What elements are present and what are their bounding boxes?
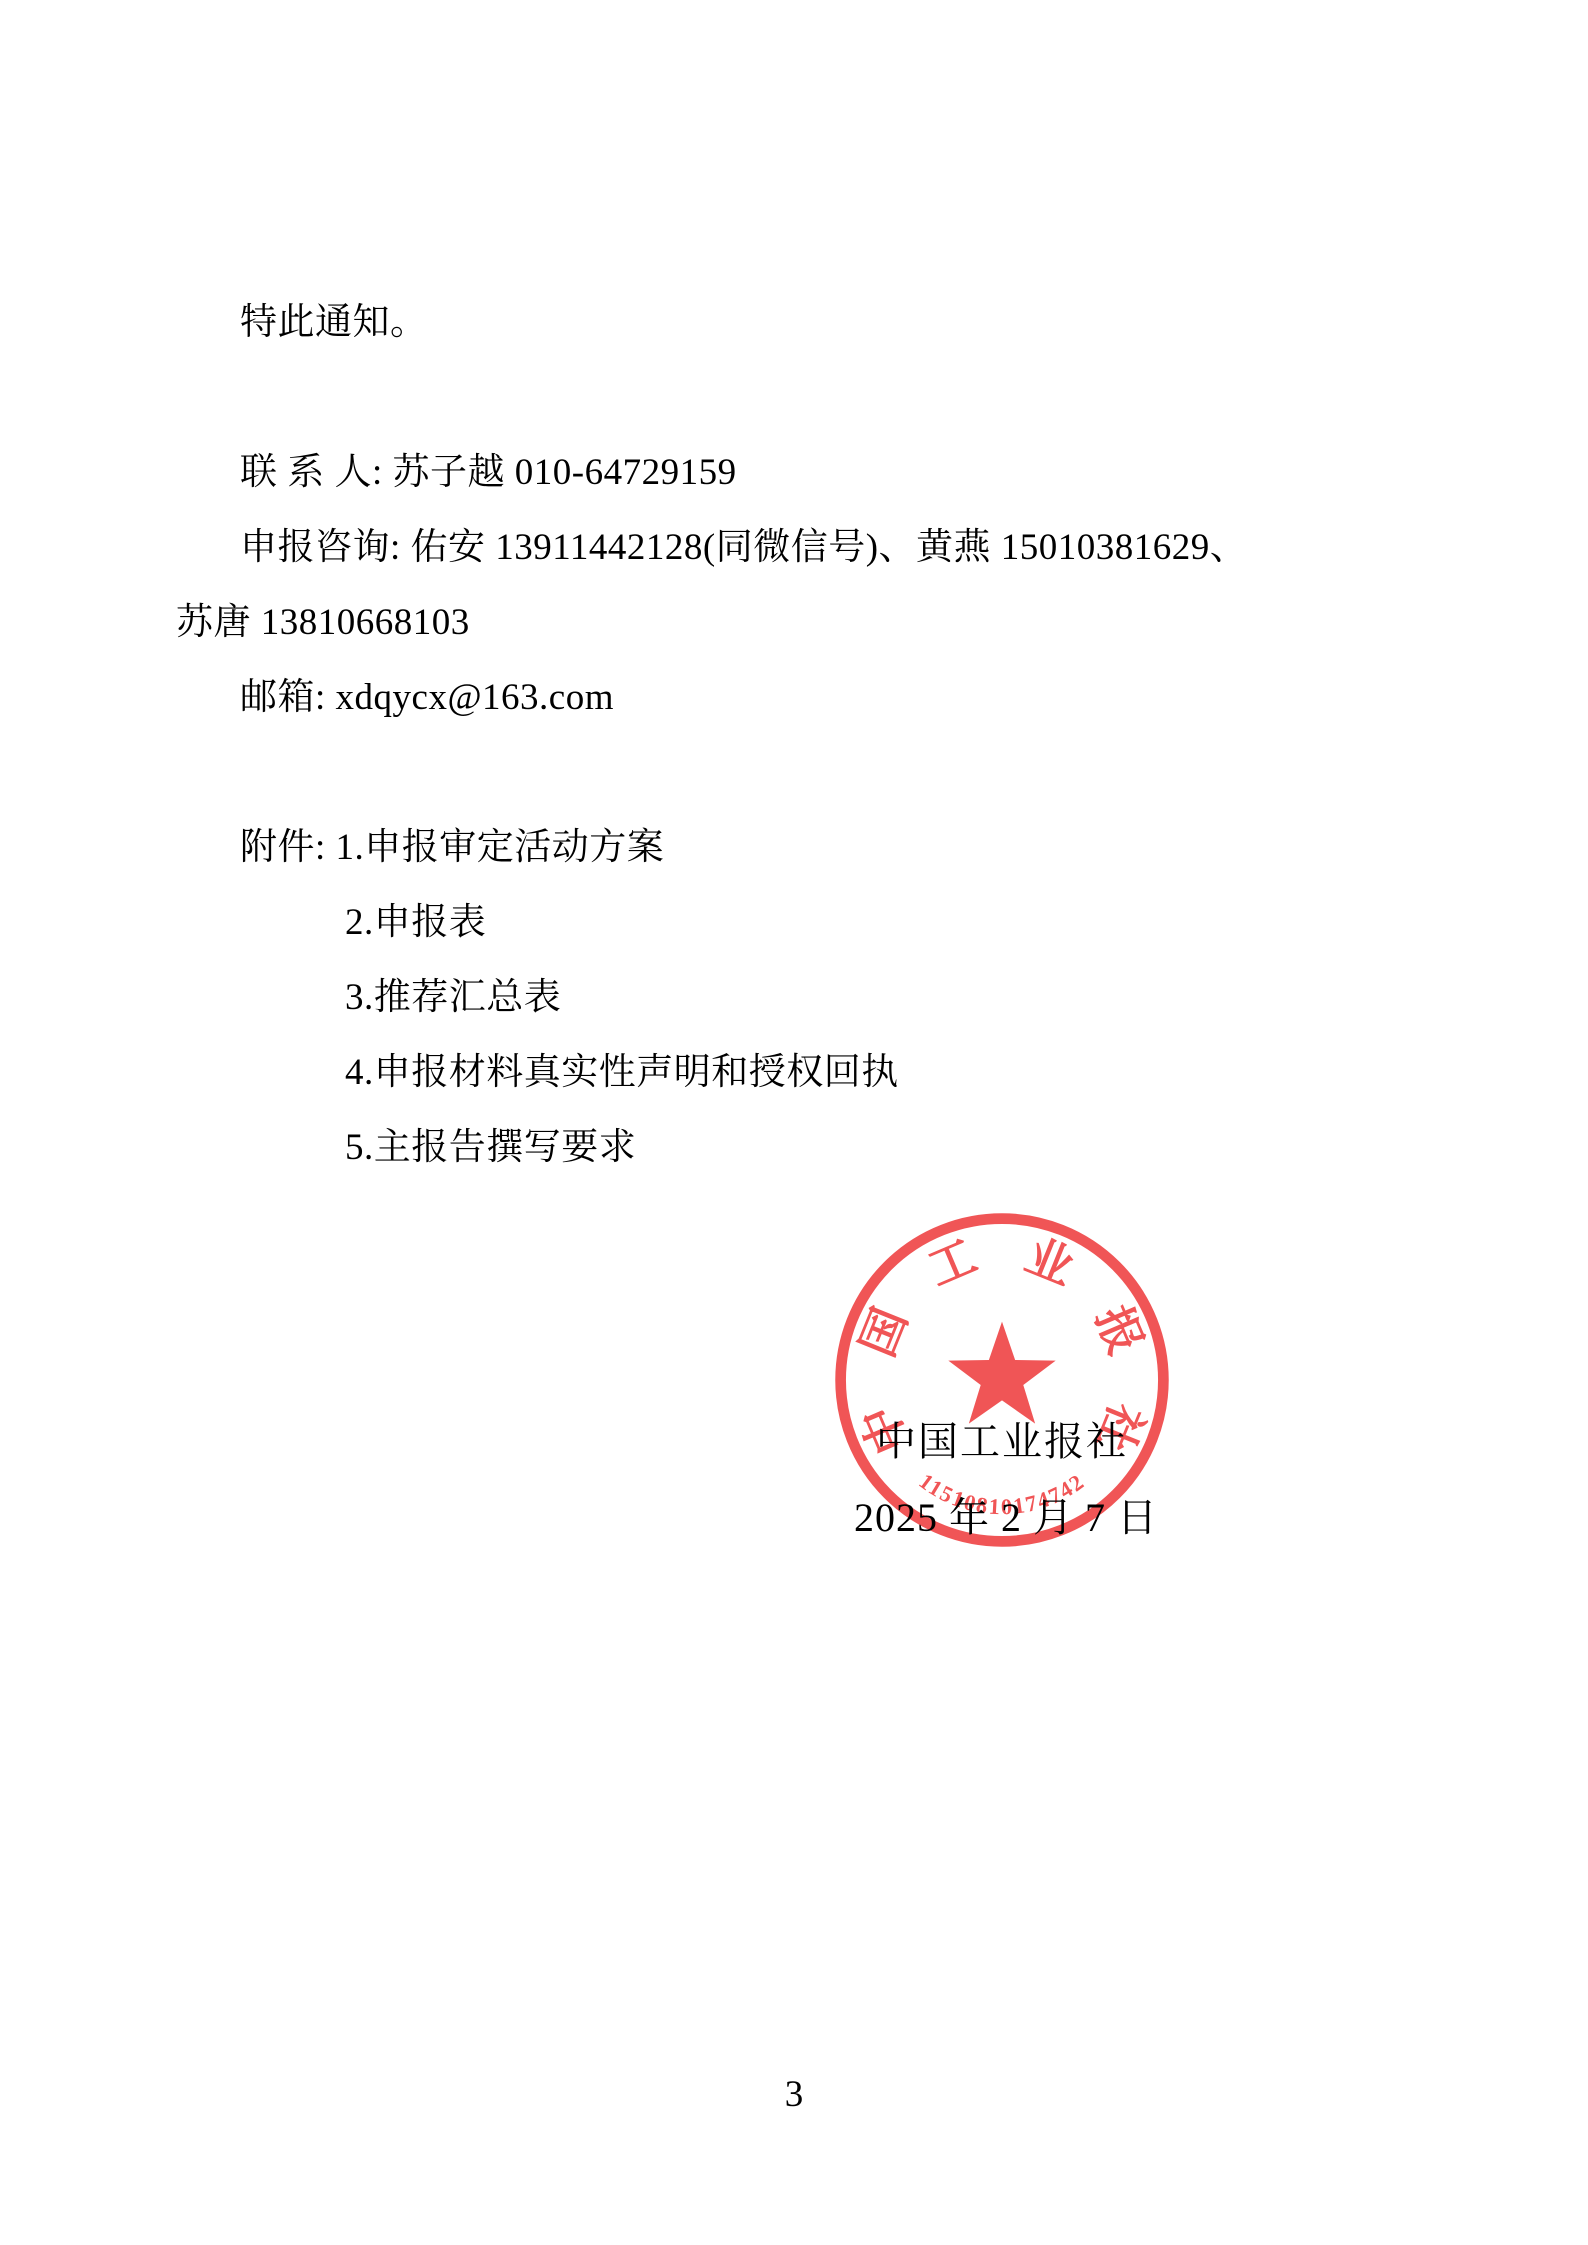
contact-person-line: 联 系 人: 苏子越 010-64729159	[176, 435, 1418, 510]
attachment-item-1: 1.申报审定活动方案	[336, 827, 665, 868]
blank-line	[176, 735, 1418, 810]
body-text: 特此通知。 联 系 人: 苏子越 010-64729159 申报咨询: 佑安 1…	[176, 285, 1418, 1185]
consult-line-2: 苏唐 13810668103	[176, 585, 1418, 660]
attachment-item-2: 2.申报表	[345, 885, 1418, 960]
closing-line: 特此通知。	[176, 285, 1418, 360]
attachment-item-3: 3.推荐汇总表	[345, 960, 1418, 1035]
page-number: 3	[0, 2075, 1588, 2115]
seal-star-icon	[948, 1322, 1055, 1424]
email-line: 邮箱: xdqycx@163.com	[176, 660, 1418, 735]
attachments-label: 附件:	[240, 827, 336, 868]
attachment-item-5: 5.主报告撰写要求	[345, 1110, 1418, 1185]
seal-code-text: 11510810174742	[914, 1468, 1089, 1519]
official-seal: 中 国 工 业 报 社 11510810174742	[827, 1205, 1177, 1555]
document-page: 特此通知。 联 系 人: 苏子越 010-64729159 申报咨询: 佑安 1…	[0, 0, 1588, 2245]
attachments-first-row: 附件: 1.申报审定活动方案	[176, 810, 1418, 885]
consult-line-1: 申报咨询: 佑安 13911442128(同微信号)、黄燕 1501038162…	[176, 510, 1418, 585]
blank-line	[176, 360, 1418, 435]
seal-code: 11510810174742	[914, 1468, 1089, 1519]
attachment-item-4: 4.申报材料真实性声明和授权回执	[345, 1035, 1418, 1110]
